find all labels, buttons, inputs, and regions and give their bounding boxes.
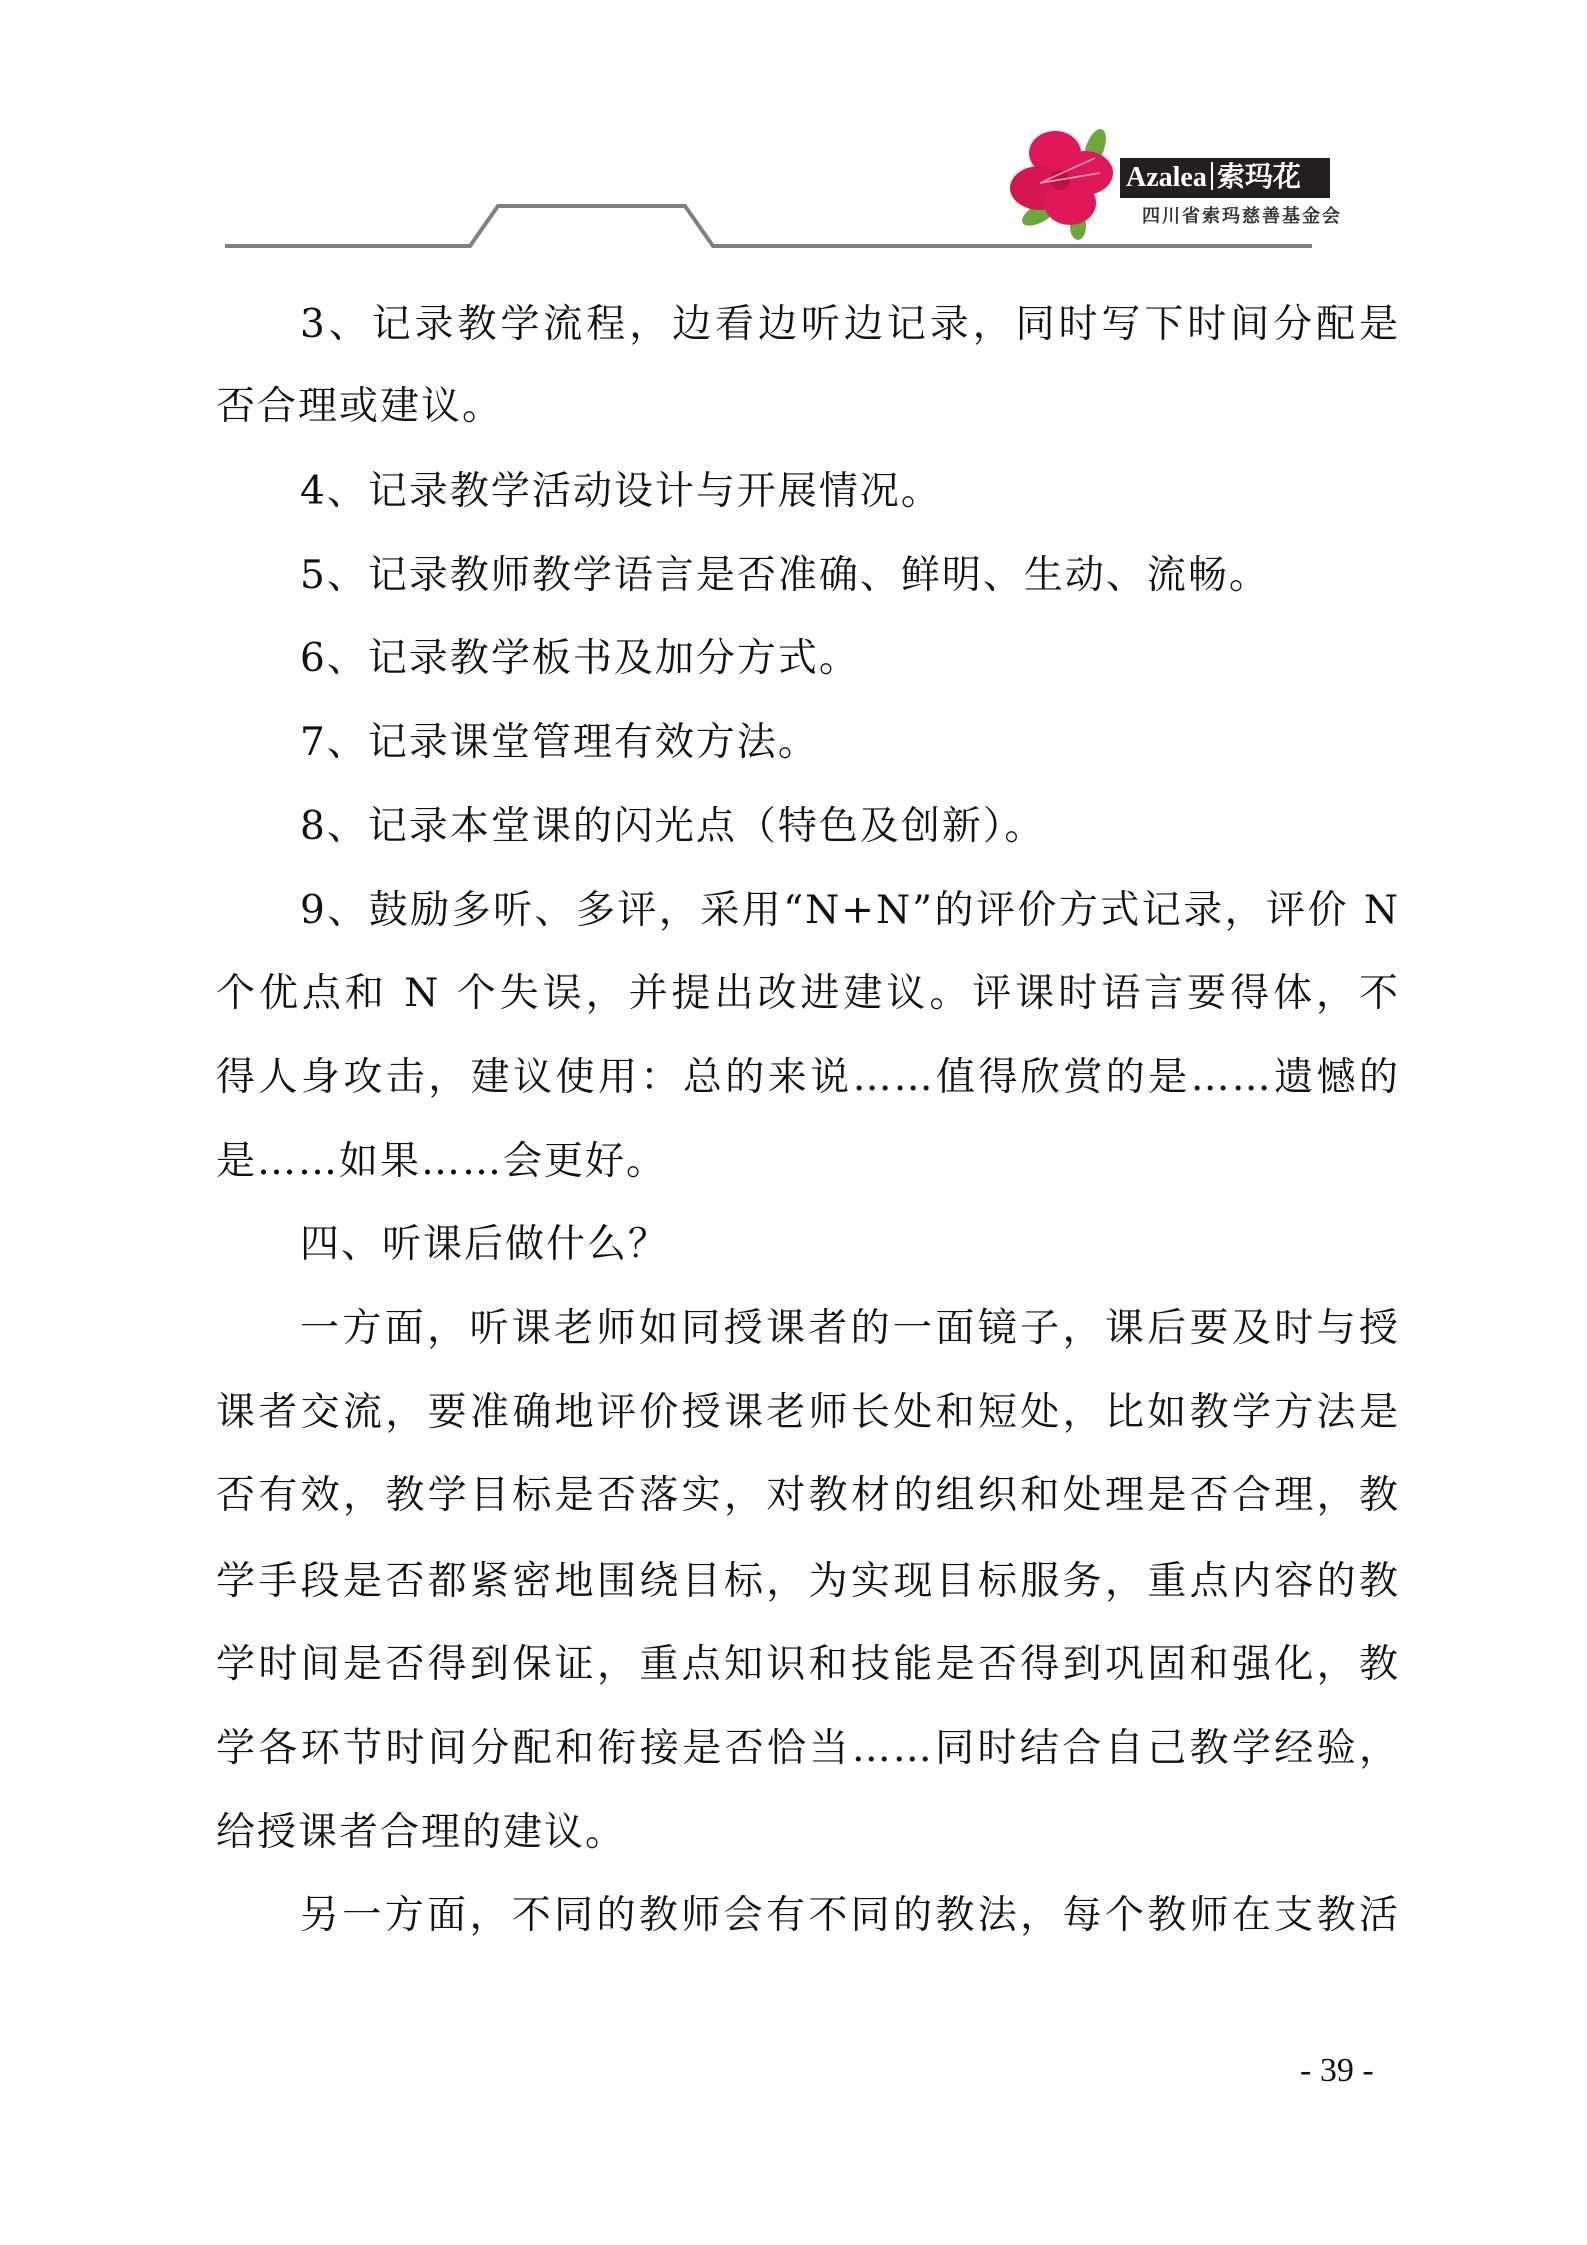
text-line: 一方面，听课老师如同授课者的一面镜子，课后要及时与授	[300, 1304, 1400, 1354]
page-number: - 39 -	[1300, 2052, 1374, 2090]
logo-brand-en: Azalea	[1126, 162, 1207, 193]
text-line: 得人身攻击，建议使用：总的来说……值得欣赏的是……遗憾的	[216, 1053, 1400, 1103]
text-line: 课者交流，要准确地评价授课老师长处和短处，比如教学方法是	[216, 1388, 1400, 1438]
header-divider-line	[0, 0, 1587, 280]
text-line: 3、记录教学流程，边看边听边记录，同时写下时间分配是	[300, 300, 1400, 350]
logo-brand-cn: 索玛花	[1217, 162, 1301, 193]
text-line: 个优点和 N 个失误，并提出改进建议。评课时语言要得体，不	[216, 969, 1400, 1019]
text-line: 否合理或建议。	[216, 382, 1400, 432]
text-line: 另一方面，不同的教师会有不同的教法，每个教师在支教活	[300, 1891, 1400, 1941]
azalea-flower-icon	[1000, 118, 1130, 243]
logo-organization-name: 四川省索玛慈善基金会	[1142, 202, 1342, 228]
text-line: 4、记录教学活动设计与开展情况。	[300, 467, 1400, 517]
text-line: 6、记录教学板书及加分方式。	[300, 634, 1400, 684]
text-line: 给授课者合理的建议。	[216, 1808, 1400, 1858]
text-line: 7、记录课堂管理有效方法。	[300, 718, 1400, 768]
text-line: 学各环节时间分配和衔接是否恰当……同时结合自己教学经验，	[216, 1724, 1400, 1774]
text-line: 学时间是否得到保证，重点知识和技能是否得到巩固和强化，教	[216, 1640, 1400, 1690]
text-line: 9、鼓励多听、多评，采用“N+N”的评价方式记录，评价 N	[300, 886, 1400, 936]
text-line: 是……如果……会更好。	[216, 1137, 1400, 1187]
foundation-logo: Azalea索玛花 四川省索玛慈善基金会	[1000, 118, 1330, 243]
text-line: 否有效，教学目标是否落实，对教材的组织和处理是否合理，教	[216, 1471, 1400, 1521]
logo-brand-bar: Azalea索玛花	[1120, 158, 1330, 198]
text-line: 8、记录本堂课的闪光点（特色及创新）。	[300, 802, 1400, 852]
text-line: 5、记录教师教学语言是否准确、鲜明、生动、流畅。	[300, 551, 1400, 601]
text-line: 四、听课后做什么？	[300, 1220, 1400, 1270]
text-line: 学手段是否都紧密地围绕目标，为实现目标服务，重点内容的教	[216, 1557, 1400, 1607]
